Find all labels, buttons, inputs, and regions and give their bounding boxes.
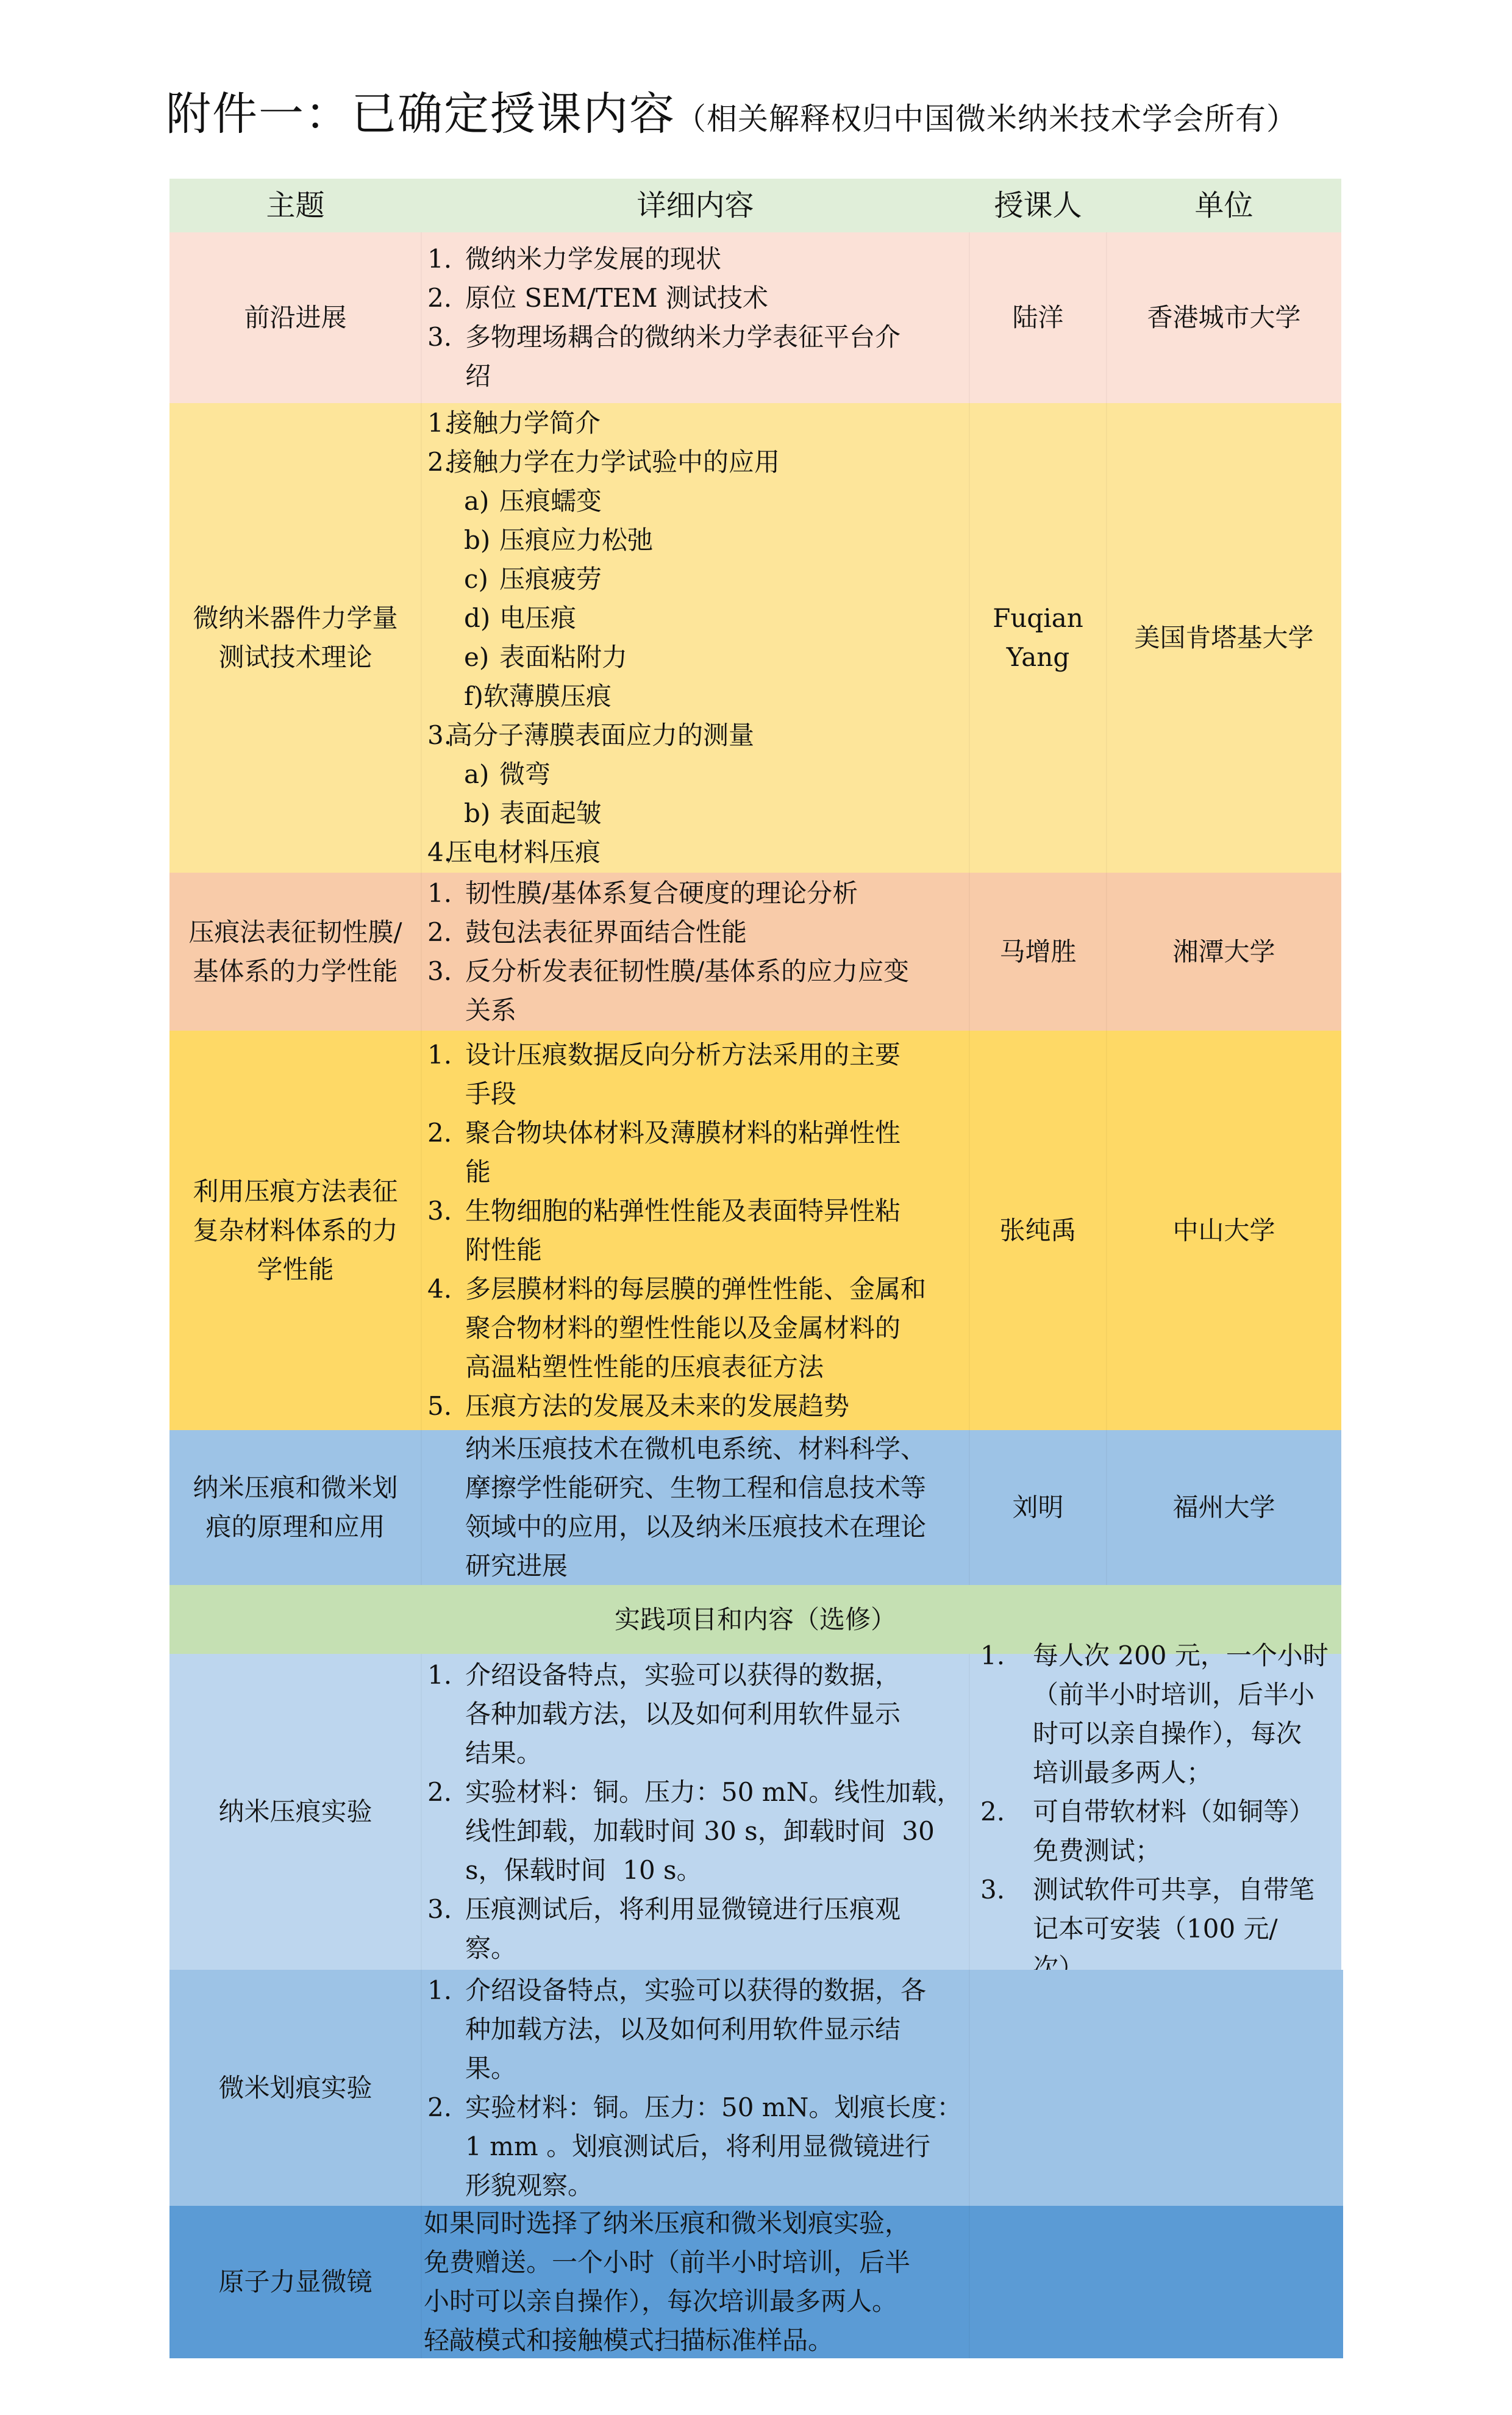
row-instructor: 马增胜	[969, 873, 1107, 1031]
row-topic: 利用压痕方法表征 复杂材料体系的力 学性能	[169, 1031, 421, 1430]
row-unit: 中山大学	[1107, 1031, 1341, 1430]
column-divider	[421, 232, 422, 1585]
row-detail: 纳米压痕技术在微机电系统、材料科学、 摩擦学性能研究、生物工程和信息技术等 领域…	[421, 1430, 969, 1585]
title-note: （相关解释权归中国微米纳米技术学会所有）	[676, 101, 1297, 137]
header-unit: 单位	[1107, 179, 1341, 232]
column-divider	[421, 1654, 422, 2358]
row-topic: 压痕法表征韧性膜/ 基体系的力学性能	[169, 873, 421, 1031]
practice-topic: 微米划痕实验	[169, 1970, 421, 2206]
row-unit: 湘潭大学	[1107, 873, 1341, 1031]
column-divider	[969, 1654, 970, 2358]
column-divider	[1106, 232, 1107, 1585]
row-topic: 前沿进展	[169, 232, 421, 403]
title-main: 附件一：已确定授课内容	[166, 88, 676, 140]
practice-topic: 原子力显微镜	[169, 2206, 421, 2358]
row-detail: 1.设计压痕数据反向分析方法采用的主要 手段 2.聚合物块体材料及薄膜材料的粘弹…	[421, 1031, 969, 1430]
header-instructor: 授课人	[969, 179, 1107, 232]
row-topic: 微纳米器件力学量 测试技术理论	[169, 403, 421, 873]
row-instructor: 刘明	[969, 1430, 1107, 1585]
header-detail: 详细内容	[421, 179, 969, 232]
row-unit: 福州大学	[1107, 1430, 1341, 1585]
detail-item: 微纳米力学发展的现状	[465, 240, 721, 279]
row-instructor: 张纯禹	[969, 1031, 1107, 1430]
row-unit: 美国肯塔基大学	[1107, 403, 1341, 873]
row-topic: 纳米压痕和微米划 痕的原理和应用	[169, 1430, 421, 1585]
document-title: 附件一：已确定授课内容（相关解释权归中国微米纳米技术学会所有）	[166, 78, 1297, 143]
practice-notes: 1.每人次 200 元，一个小时 （前半小时培训，后半小 时可以亲自操作），每次…	[969, 1654, 1341, 1970]
practice-detail: 1.介绍设备特点，实验可以获得的数据， 各种加载方法，以及如何利用软件显示 结果…	[421, 1654, 969, 1970]
row-instructor: Fuqian Yang	[969, 403, 1107, 873]
row-instructor: 陆洋	[969, 232, 1107, 403]
detail-item: 多物理场耦合的微纳米力学表征平台介	[465, 318, 900, 357]
practice-detail: 1.介绍设备特点，实验可以获得的数据，各 种加载方法，以及如何利用软件显示结 果…	[421, 1970, 969, 2206]
row-detail: 1.接触力学简介 2.接触力学在力学试验中的应用 a)压痕蠕变 b)压痕应力松弛…	[421, 403, 969, 873]
row-unit: 香港城市大学	[1107, 232, 1341, 403]
practice-detail: 如果同时选择了纳米压痕和微米划痕实验， 免费赠送。一个小时（前半小时培训，后半 …	[421, 2206, 969, 2358]
row-detail: 1.韧性膜/基体系复合硬度的理论分析 2.鼓包法表征界面结合性能 3.反分析发表…	[421, 873, 969, 1031]
row-detail: 1.微纳米力学发展的现状 2.原位 SEM/TEM 测试技术 3.多物理场耦合的…	[421, 232, 969, 403]
column-divider	[969, 232, 970, 1585]
header-topic: 主题	[169, 179, 421, 232]
detail-item: 原位 SEM/TEM 测试技术	[465, 279, 768, 318]
detail-item: 绍	[465, 357, 491, 396]
practice-topic: 纳米压痕实验	[169, 1654, 421, 1970]
